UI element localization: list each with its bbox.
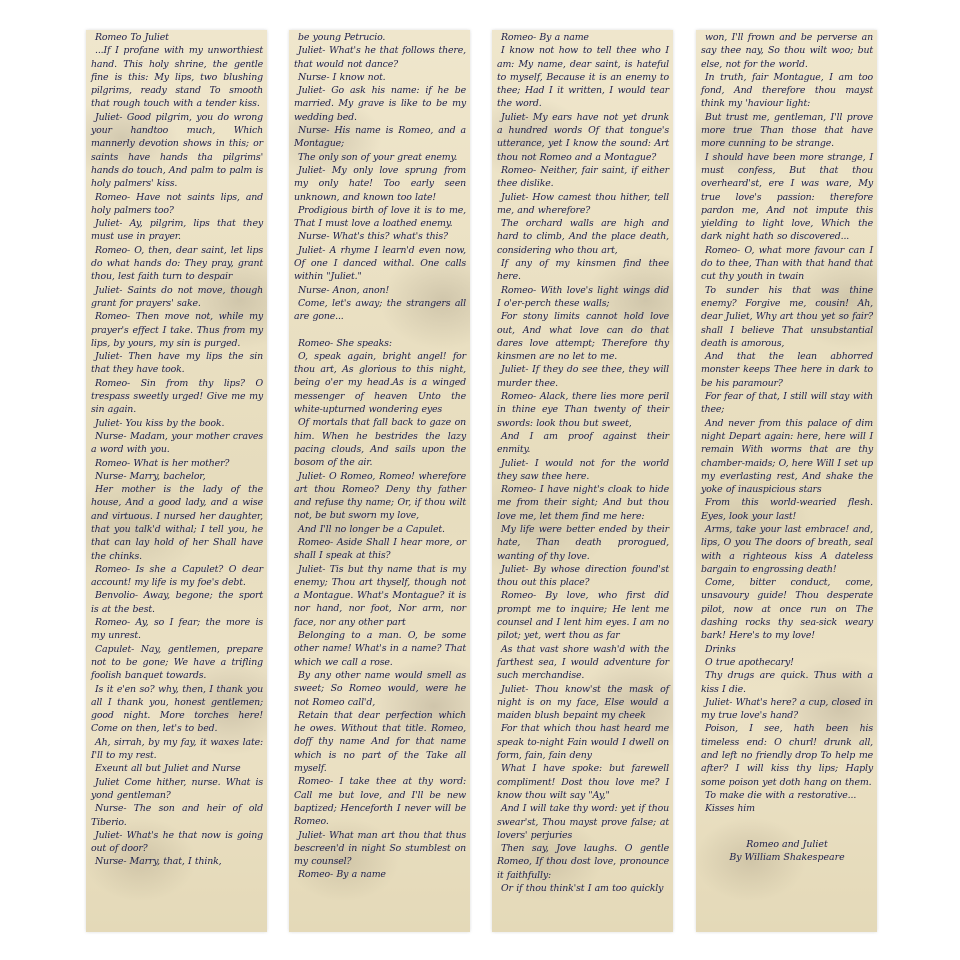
text-line: Exeunt all but Juliet and Nurse xyxy=(91,762,263,775)
text-panel-2: be young Petrucio.Juliet- What's he that… xyxy=(289,30,470,932)
text-line: Poison, I see, hath been his timeless en… xyxy=(701,722,873,788)
text-line: Juliet- By whose direction found'st thou… xyxy=(497,563,669,590)
text-line: And I'll no longer be a Capulet. xyxy=(294,523,466,536)
text-line: For fear of that, I still will stay with… xyxy=(701,390,873,417)
text-line: Nurse- I know not. xyxy=(294,71,466,84)
text-line: Juliet- What's here? a cup, closed in my… xyxy=(701,696,873,723)
text-line: My life were better ended by their hate,… xyxy=(497,523,669,563)
text-line: Nurse- What's this? what's this? xyxy=(294,230,466,243)
panel-text: Romeo To Juliet...If I profane with my u… xyxy=(91,31,263,869)
text-line: Juliet- O Romeo, Romeo! wherefore art th… xyxy=(294,470,466,523)
text-line: Her mother is the lady of the house, And… xyxy=(91,483,263,563)
text-line: Romeo- By a name xyxy=(294,868,466,881)
text-line: From this world-wearied flesh. Eyes, loo… xyxy=(701,496,873,523)
text-line: Arms, take your last embrace! and, lips,… xyxy=(701,523,873,576)
text-line: I should have been more strange, I must … xyxy=(701,151,873,244)
text-line: Nurse- The son and heir of old Tiberio. xyxy=(91,802,263,829)
text-line: Romeo- Sin from thy lips? O trespass swe… xyxy=(91,377,263,417)
text-line: The orchard walls are high and hard to c… xyxy=(497,217,669,257)
text-line: Then say, Jove laughs. O gentle Romeo, I… xyxy=(497,842,669,882)
panel-text: be young Petrucio.Juliet- What's he that… xyxy=(294,31,466,882)
text-panel-1: Romeo To Juliet...If I profane with my u… xyxy=(86,30,267,932)
text-line: Romeo- Neither, fair saint, if either th… xyxy=(497,164,669,191)
text-line: Kisses him xyxy=(701,802,873,815)
text-line: Juliet- Thou know'st the mask of night i… xyxy=(497,683,669,723)
text-line: Capulet- Nay, gentlemen, prepare not to … xyxy=(91,643,263,683)
text-line: Nurse- Marry, bachelor, xyxy=(91,470,263,483)
text-line: Juliet- I would not for the world they s… xyxy=(497,457,669,484)
text-line: Juliet- My ears have not yet drunk a hun… xyxy=(497,111,669,164)
text-line: Juliet- You kiss by the book. xyxy=(91,417,263,430)
text-panel-3: Romeo- By a nameI know not how to tell t… xyxy=(492,30,673,932)
text-line: Prodigious birth of love it is to me, Th… xyxy=(294,204,466,231)
text-line: Romeo- She speaks: xyxy=(294,337,466,350)
text-line: And that the lean abhorred monster keeps… xyxy=(701,350,873,390)
text-line: Romeo- I have night's cloak to hide me f… xyxy=(497,483,669,523)
text-line: O, speak again, bright angel! for thou a… xyxy=(294,350,466,416)
text-line: What I have spoke: but farewell complime… xyxy=(497,762,669,802)
panel-text: Romeo- By a nameI know not how to tell t… xyxy=(497,31,669,895)
text-line: Romeo- Then move not, while my prayer's … xyxy=(91,310,263,350)
text-line: To sunder his that was thine enemy? Forg… xyxy=(701,284,873,350)
text-line: Juliet- Tis but thy name that is my enem… xyxy=(294,563,466,629)
text-line: won, I'll frown and be perverse an say t… xyxy=(701,31,873,71)
text-line: In truth, fair Montague, I am too fond, … xyxy=(701,71,873,111)
text-line: Romeo- By love, who first did prompt me … xyxy=(497,589,669,642)
text-line: Benvolio- Away, begone; the sport is at … xyxy=(91,589,263,616)
text-line: be young Petrucio. xyxy=(294,31,466,44)
credit-title: Romeo and Juliet xyxy=(701,838,873,851)
text-line: Nurse- His name is Romeo, and a Montague… xyxy=(294,124,466,151)
text-line: Juliet- Good pilgrim, you do wrong your … xyxy=(91,111,263,191)
text-line: Or if thou think'st I am too quickly xyxy=(497,882,669,895)
text-line: Juliet- My only love sprung from my only… xyxy=(294,164,466,204)
text-line: By any other name would smell as sweet; … xyxy=(294,669,466,709)
text-line: Nurse- Anon, anon! xyxy=(294,284,466,297)
text-line: To make die with a restorative... xyxy=(701,789,873,802)
text-line: Romeo- O, then, dear saint, let lips do … xyxy=(91,244,263,284)
text-line: Juliet Come hither, nurse. What is yond … xyxy=(91,776,263,803)
text-panel-4: won, I'll frown and be perverse an say t… xyxy=(696,30,877,932)
text-line: Juliet- What's he that now is going out … xyxy=(91,829,263,856)
text-line: Juliet- A rhyme I learn'd even now, Of o… xyxy=(294,244,466,284)
text-line: Juliet- Ay, pilgrim, lips that they must… xyxy=(91,217,263,244)
text-line: Come, let's away; the strangers all are … xyxy=(294,297,466,324)
text-line: Nurse- Marry, that, I think, xyxy=(91,855,263,868)
text-line: And never from this palace of dim night … xyxy=(701,417,873,497)
credit-author: By William Shakespeare xyxy=(701,851,873,864)
text-line: For that which thou hast heard me speak … xyxy=(497,722,669,762)
text-line: Romeo- Is she a Capulet? O dear account!… xyxy=(91,563,263,590)
panel-text: won, I'll frown and be perverse an say t… xyxy=(701,31,873,816)
text-line: Thy drugs are quick. Thus with a kiss I … xyxy=(701,669,873,696)
text-line: Romeo- Aside Shall I hear more, or shall… xyxy=(294,536,466,563)
text-line: Romeo- Have not saints lips, and holy pa… xyxy=(91,191,263,218)
text-line: For stony limits cannot hold love out, A… xyxy=(497,310,669,363)
text-line: Romeo- Ay, so I fear; the more is my unr… xyxy=(91,616,263,643)
text-line: Romeo- Alack, there lies more peril in t… xyxy=(497,390,669,430)
text-line: Juliet- Then have my lips the sin that t… xyxy=(91,350,263,377)
text-line: Romeo- With love's light wings did I o'e… xyxy=(497,284,669,311)
text-line: Nurse- Madam, your mother craves a word … xyxy=(91,430,263,457)
text-line: Romeo- I take thee at thy word: Call me … xyxy=(294,775,466,828)
text-line: Come, bitter conduct, come, unsavoury gu… xyxy=(701,576,873,642)
text-line: Juliet- How camest thou hither, tell me,… xyxy=(497,191,669,218)
text-line: Romeo To Juliet xyxy=(91,31,263,44)
text-line: Juliet- Go ask his name: if he be marrie… xyxy=(294,84,466,124)
text-line: Juliet- What's he that follows there, th… xyxy=(294,44,466,71)
text-line: Juliet- What man art thou that thus besc… xyxy=(294,829,466,869)
text-line: ...If I profane with my unworthiest hand… xyxy=(91,44,263,110)
text-line: Romeo- O, what more favour can I do to t… xyxy=(701,244,873,284)
text-line: Romeo- By a name xyxy=(497,31,669,44)
text-line: I know not how to tell thee who I am: My… xyxy=(497,44,669,110)
text-line: Belonging to a man. O, be some other nam… xyxy=(294,629,466,669)
text-line: Ah, sirrah, by my fay, it waxes late: I'… xyxy=(91,736,263,763)
text-line: Drinks xyxy=(701,643,873,656)
text-line: But trust me, gentleman, I'll prove more… xyxy=(701,111,873,151)
text-line: The only son of your great enemy. xyxy=(294,151,466,164)
text-line: O true apothecary! xyxy=(701,656,873,669)
text-line: And I will take thy word: yet if thou sw… xyxy=(497,802,669,842)
text-line: Juliet- If they do see thee, they will m… xyxy=(497,363,669,390)
text-line: Romeo- What is her mother? xyxy=(91,457,263,470)
text-line: Of mortals that fall back to gaze on him… xyxy=(294,416,466,469)
text-line: Is it e'en so? why, then, I thank you al… xyxy=(91,683,263,736)
text-line: Retain that dear perfection which he owe… xyxy=(294,709,466,775)
text-line: Juliet- Saints do not move, though grant… xyxy=(91,284,263,311)
text-line: If any of my kinsmen find thee here. xyxy=(497,257,669,284)
text-line: As that vast shore wash'd with the farth… xyxy=(497,643,669,683)
text-line: And I am proof against their enmity. xyxy=(497,430,669,457)
